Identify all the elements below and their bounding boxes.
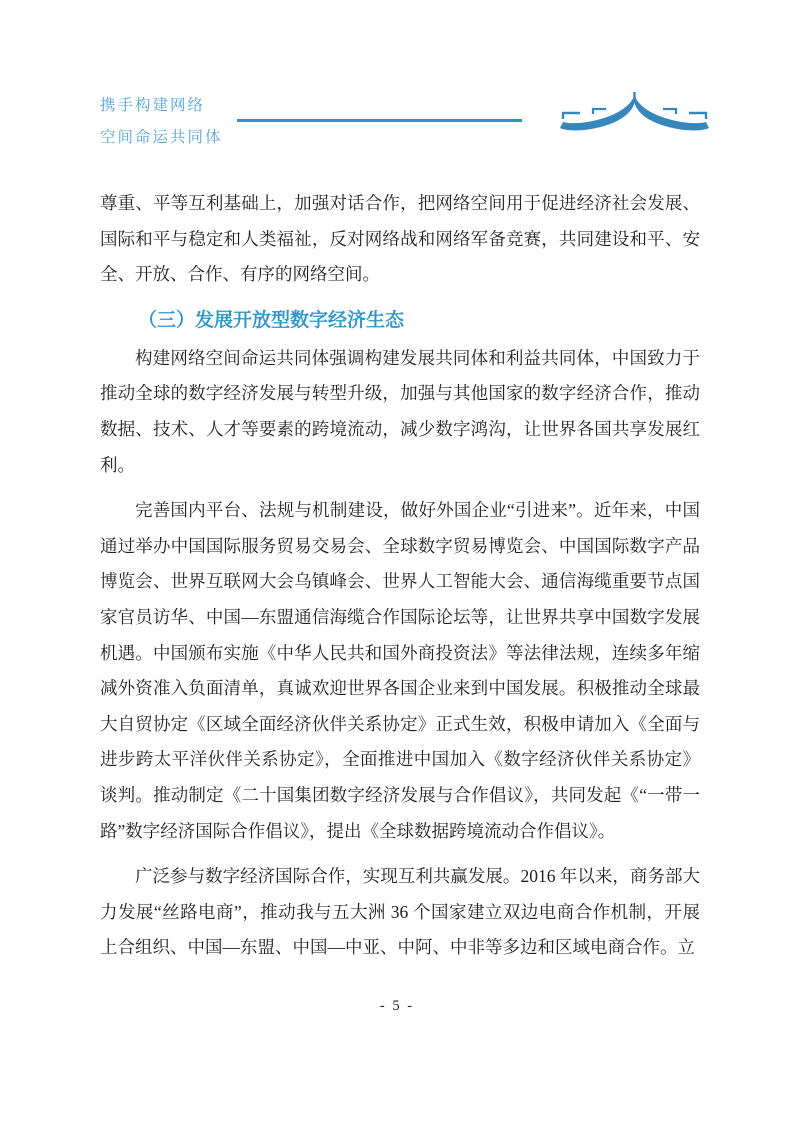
running-header-title: 携手构建网络 空间命运共同体 — [100, 90, 223, 154]
paragraph-continuation: 尊重、平等互利基础上，加强对话合作，把网络空间用于促进经济社会发展、国际和平与稳… — [100, 186, 700, 293]
header-divider-line — [237, 119, 522, 122]
running-header-line2: 空间命运共同体 — [100, 122, 223, 154]
document-body: 尊重、平等互利基础上，加强对话合作，把网络空间用于促进经济社会发展、国际和平与稳… — [100, 186, 700, 976]
paragraph: 构建网络空间命运共同体强调构建发展共同体和利益共同体，中国致力于推动全球的数字经… — [100, 341, 700, 483]
running-header-line1: 携手构建网络 — [100, 90, 223, 122]
section-heading: （三）发展开放型数字经济生态 — [100, 307, 700, 335]
paragraph: 完善国内平台、法规与机制建设，做好外国企业“引进来”。近年来，中国通过举办中国国… — [100, 493, 700, 849]
document-page: 携手构建网络 空间命运共同体 尊重、平等互利基础上，加强对话合作，把网络空间用于… — [0, 0, 794, 1123]
paragraph: 广泛参与数字经济国际合作，实现互利共赢发展。2016 年以来，商务部大力发展“丝… — [100, 859, 700, 966]
chinese-roof-logo-icon — [557, 91, 713, 143]
page-number: - 5 - — [0, 998, 794, 1015]
